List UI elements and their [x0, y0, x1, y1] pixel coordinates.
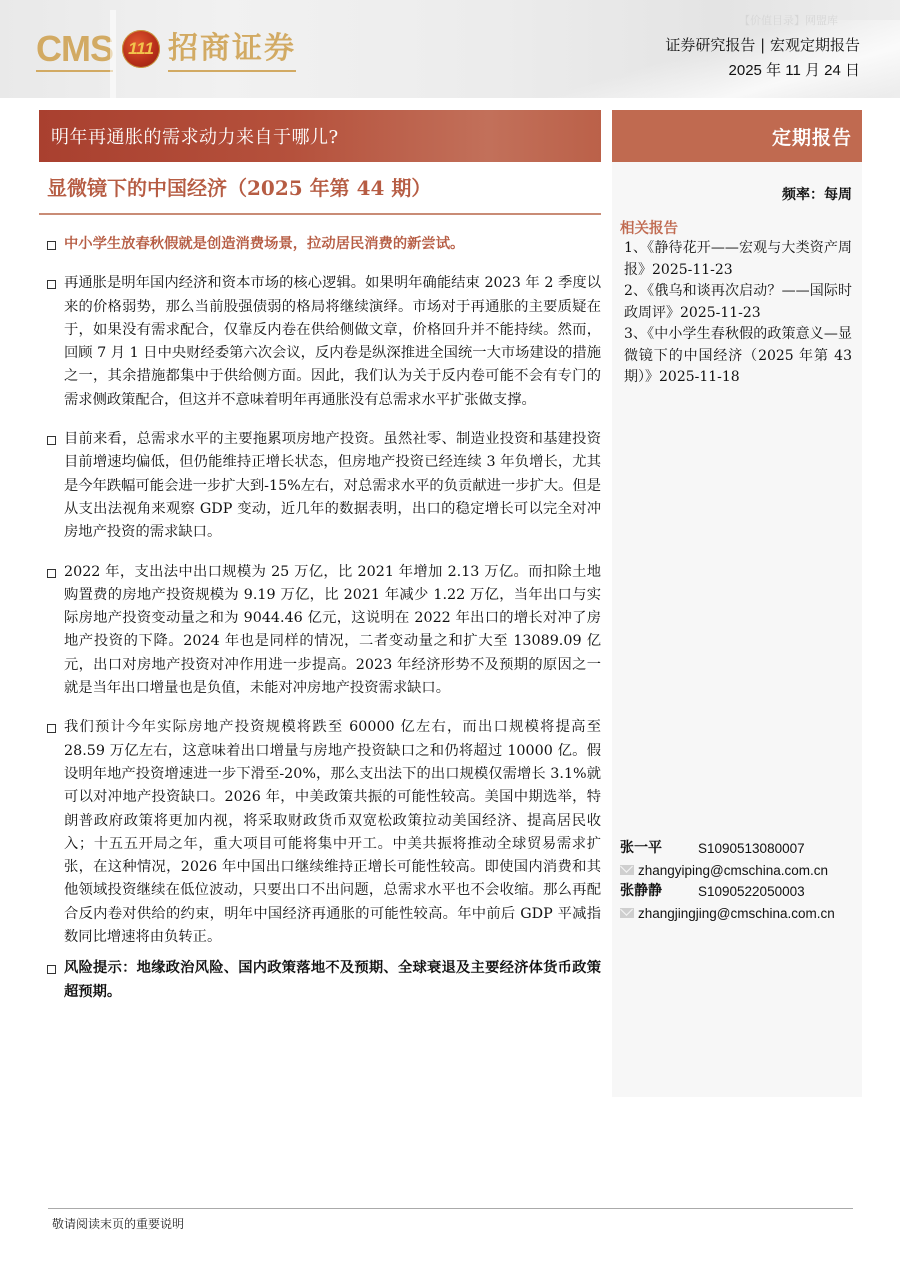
paragraph-text: 2022 年，支出法中出口规模为 25 万亿，比 2021 年增加 2.13 万…: [64, 564, 601, 696]
square-bullet-icon: [47, 436, 56, 445]
paragraph-text: 中小学生放春秋假就是创造消费场景，拉动居民消费的新尝试。: [64, 236, 464, 252]
analyst-row: 张一平 S1090513080007: [620, 838, 860, 860]
related-report-item[interactable]: 1、《静待花开——宏观与大类资产周报》2025-11-23: [624, 238, 852, 281]
company-logo: CMS 111 招商证券: [36, 28, 296, 72]
mail-icon: [620, 908, 634, 918]
square-bullet-icon: [47, 569, 56, 578]
report-category-badge: 定期报告: [612, 110, 862, 162]
report-subtitle: 显微镜下的中国经济（2025 年第 44 期）: [47, 172, 431, 201]
analyst-row: 张静静 S1090522050003: [620, 881, 860, 903]
report-category-label: 定期报告: [772, 123, 852, 150]
related-reports-list: 1、《静待花开——宏观与大类资产周报》2025-11-23 2、《俄乌和谈再次启…: [624, 238, 852, 389]
divider: [39, 213, 601, 215]
body-paragraph: 2022 年，支出法中出口规模为 25 万亿，比 2021 年增加 2.13 万…: [46, 561, 601, 701]
report-title-bar: 明年再通胀的需求动力来自于哪儿?: [39, 110, 601, 162]
square-bullet-icon: [47, 965, 56, 974]
paragraph-text: 风险提示：地缘政治风险、国内政策落地不及预期、全球衰退及主要经济体货币政策超预期…: [64, 960, 601, 999]
risk-warning-paragraph: 风险提示：地缘政治风险、国内政策落地不及预期、全球衰退及主要经济体货币政策超预期…: [46, 957, 601, 1004]
body-paragraph: 我们预计今年实际房地产投资规模将跌至 60000 亿左右，而出口规模将提高至 2…: [46, 716, 601, 949]
report-title: 明年再通胀的需求动力来自于哪儿?: [51, 123, 339, 149]
related-report-item[interactable]: 2、《俄乌和谈再次启动？——国际时政周评》2025-11-23: [624, 281, 852, 324]
related-reports-heading: 相关报告: [620, 217, 678, 238]
report-frequency: 频率：每周: [782, 184, 852, 204]
report-body: 中小学生放春秋假就是创造消费场景，拉动居民消费的新尝试。 再通胀是明年国内经济和…: [46, 233, 601, 1020]
footer-disclaimer-note: 敬请阅读末页的重要说明: [52, 1215, 184, 1232]
logo-emblem-icon: 111: [122, 30, 160, 68]
paragraph-text: 目前来看，总需求水平的主要拖累项房地产投资。虽然社零、制造业投资和基建投资目前增…: [64, 431, 601, 540]
sidebar: 频率：每周 相关报告 1、《静待花开——宏观与大类资产周报》2025-11-23…: [612, 162, 862, 1097]
report-type: 证券研究报告 | 宏观定期报告: [665, 34, 860, 55]
analyst-name: 张静静: [620, 881, 698, 903]
logo-latin-text: CMS: [36, 29, 113, 72]
analyst-list: 张一平 S1090513080007 zhangyiping@cmschina.…: [620, 838, 860, 924]
square-bullet-icon: [47, 724, 56, 733]
analyst-email[interactable]: zhangyiping@cmschina.com.cn: [638, 860, 828, 882]
analyst-name: 张一平: [620, 838, 698, 860]
watermark: 【价值目录】网盟库: [739, 12, 838, 28]
paragraph-text: 我们预计今年实际房地产投资规模将跌至 60000 亿左右，而出口规模将提高至 2…: [64, 719, 601, 945]
analyst-email[interactable]: zhangjingjing@cmschina.com.cn: [638, 903, 835, 925]
related-report-item[interactable]: 3、《中小学生春秋假的政策意义—显微镜下的中国经济（2025 年第 43 期）》…: [624, 324, 852, 389]
body-paragraph: 再通胀是明年国内经济和资本市场的核心逻辑。如果明年确能结束 2023 年 2 季…: [46, 272, 601, 412]
analyst-license-id: S1090522050003: [698, 881, 805, 903]
body-paragraph: 目前来看，总需求水平的主要拖累项房地产投资。虽然社零、制造业投资和基建投资目前增…: [46, 428, 601, 544]
summary-paragraph: 中小学生放春秋假就是创造消费场景，拉动居民消费的新尝试。: [46, 233, 601, 256]
analyst-email-row: zhangyiping@cmschina.com.cn: [620, 860, 860, 882]
footer-divider: [48, 1208, 853, 1209]
paragraph-text: 再通胀是明年国内经济和资本市场的核心逻辑。如果明年确能结束 2023 年 2 季…: [64, 275, 601, 407]
analyst-email-row: zhangjingjing@cmschina.com.cn: [620, 903, 860, 925]
logo-chinese-text: 招商证券: [168, 29, 296, 72]
mail-icon: [620, 865, 634, 875]
report-date: 2025 年 11 月 24 日: [729, 59, 860, 80]
square-bullet-icon: [47, 241, 56, 250]
analyst-license-id: S1090513080007: [698, 838, 805, 860]
square-bullet-icon: [47, 280, 56, 289]
page-header: CMS 111 招商证券 【价值目录】网盟库 证券研究报告 | 宏观定期报告 2…: [0, 0, 900, 98]
